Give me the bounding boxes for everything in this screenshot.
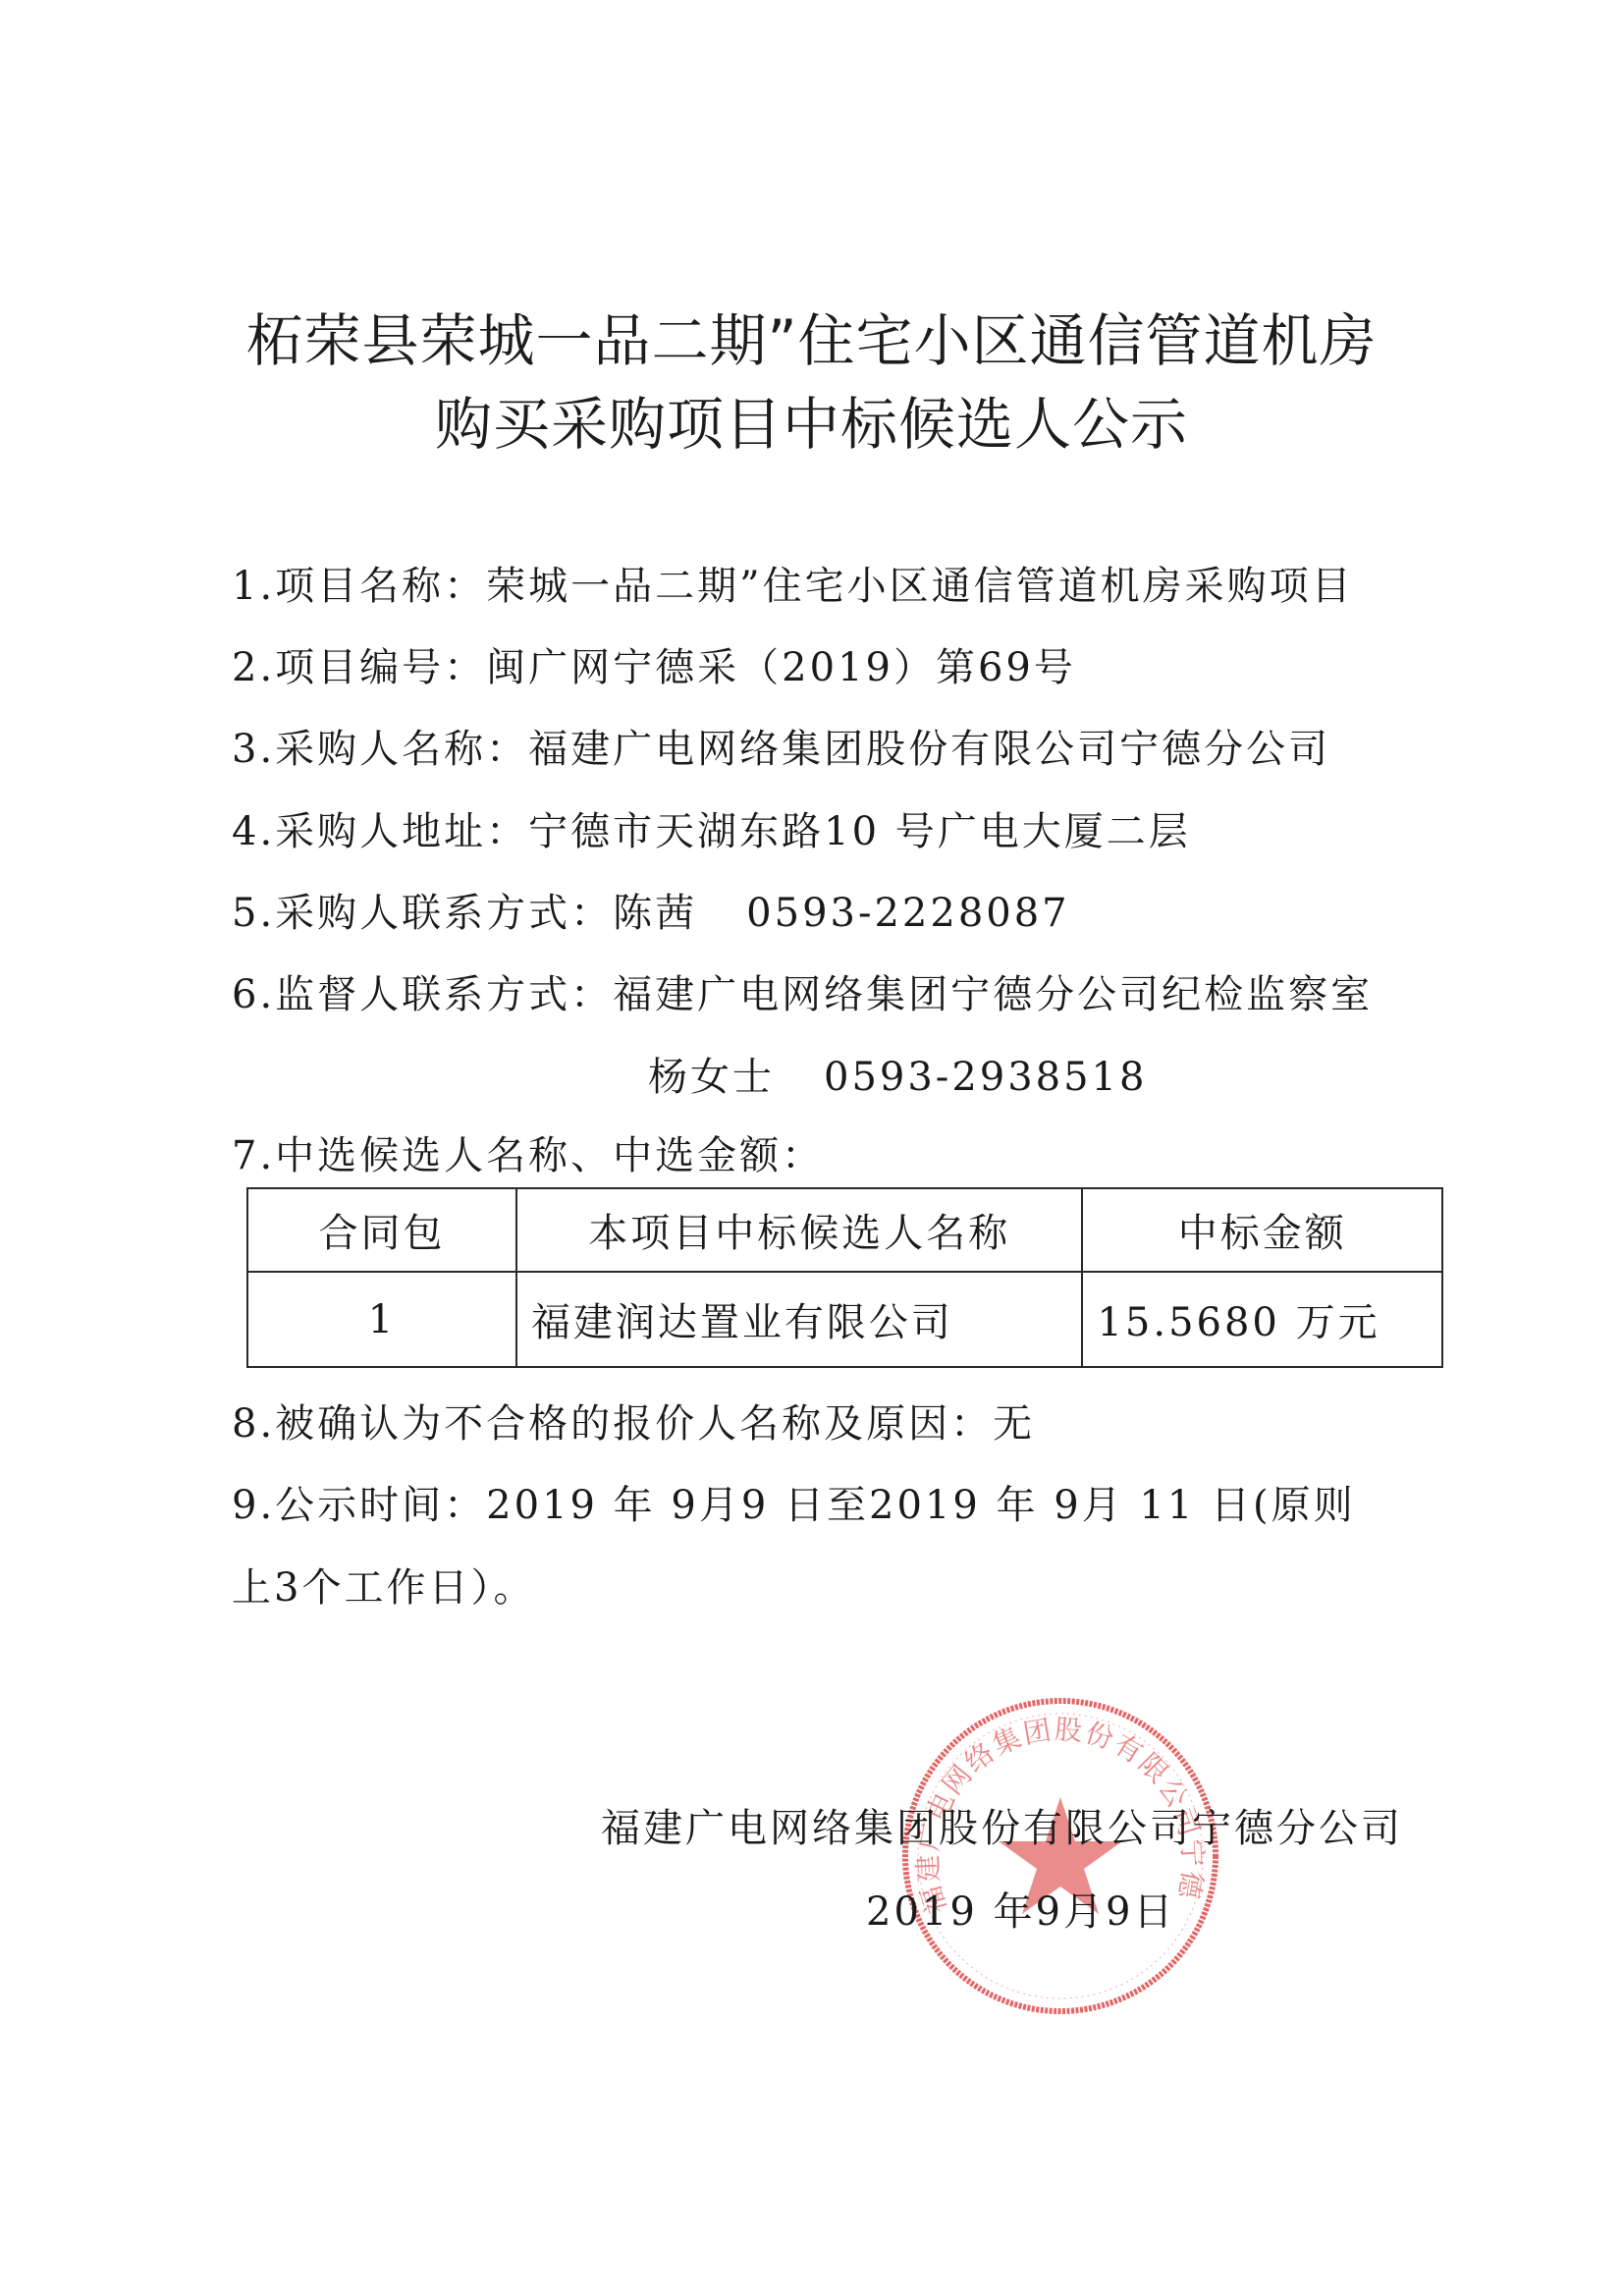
item-value: 福建广电网络集团股份有限公司宁德分公司 [528, 727, 1330, 772]
item-label: 6.监督人联系方式： [232, 972, 613, 1017]
contact-phone: 0593-2938518 [824, 1055, 1147, 1100]
item-supervisor-person: 杨女士0593-2938518 [648, 1053, 1147, 1102]
official-seal-icon: 福建广电网络集团股份有限公司宁德分公司 [898, 1694, 1222, 2018]
item-publicity-period-cont: 上3个工作日）。 [232, 1563, 535, 1613]
item-value: 2019 年 9月9 日至2019 年 9月 11 日(原则 [486, 1483, 1355, 1528]
item-label: 7.中选候选人名称、中选金额： [232, 1133, 824, 1178]
item-label: 5.采购人联系方式： [232, 891, 613, 936]
item-value: 无 [993, 1401, 1035, 1447]
header-amount: 中标金额 [1082, 1188, 1442, 1272]
item-candidate-heading: 7.中选候选人名称、中选金额： [232, 1131, 824, 1180]
signature-date: 2019 年9月9日 [866, 1881, 1175, 1937]
item-value: 宁德市天湖东路10 号广电大厦二层 [528, 809, 1191, 854]
item-label: 1.项目名称： [232, 564, 486, 609]
item-value: 荣城一品二期”住宅小区通信管道机房采购项目 [486, 564, 1353, 609]
candidate-table: 合同包 本项目中标候选人名称 中标金额 1 福建润达置业有限公司 15.5680… [246, 1187, 1443, 1368]
contact-name: 杨女士 [648, 1055, 775, 1100]
item-label: 9.公示时间： [232, 1483, 486, 1528]
header-candidate-name: 本项目中标候选人名称 [516, 1188, 1083, 1272]
cell-amount: 15.5680 万元 [1082, 1272, 1442, 1367]
document-title-line-2: 购买采购项目中标候选人公示 [0, 378, 1623, 461]
item-purchaser-address: 4.采购人地址：宁德市天湖东路10 号广电大厦二层 [232, 807, 1191, 856]
item-label: 3.采购人名称： [232, 727, 528, 772]
table-header-row: 合同包 本项目中标候选人名称 中标金额 [247, 1188, 1442, 1272]
cell-candidate-name: 福建润达置业有限公司 [516, 1272, 1083, 1367]
item-label: 2.项目编号： [232, 645, 486, 690]
cell-package: 1 [247, 1272, 516, 1367]
table-row: 1 福建润达置业有限公司 15.5680 万元 [247, 1272, 1442, 1367]
item-label: 8.被确认为不合格的报价人名称及原因： [232, 1401, 993, 1447]
item-project-number: 2.项目编号：闽广网宁德采（2019）第69号 [232, 643, 1076, 692]
item-disqualified: 8.被确认为不合格的报价人名称及原因：无 [232, 1399, 1035, 1449]
contact-name: 陈茜 [613, 891, 697, 936]
item-publicity-period: 9.公示时间：2019 年 9月9 日至2019 年 9月 11 日(原则 [232, 1481, 1356, 1530]
item-value: 福建广电网络集团宁德分公司纪检监察室 [613, 972, 1373, 1017]
contact-phone: 0593-2228087 [746, 891, 1069, 936]
document-title-line-1: 柘荣县荣城一品二期”住宅小区通信管道机房 [0, 295, 1623, 377]
item-project-name: 1.项目名称：荣城一品二期”住宅小区通信管道机房采购项目 [232, 562, 1354, 611]
item-supervisor-contact: 6.监督人联系方式：福建广电网络集团宁德分公司纪检监察室 [232, 970, 1373, 1019]
item-value: 上3个工作日）。 [232, 1565, 535, 1611]
item-purchaser-name: 3.采购人名称：福建广电网络集团股份有限公司宁德分公司 [232, 725, 1330, 774]
signature-organization: 福建广电网络集团股份有限公司宁德分公司 [601, 1797, 1403, 1853]
item-label: 4.采购人地址： [232, 809, 528, 854]
item-value: 闽广网宁德采（2019）第69号 [486, 645, 1076, 690]
item-purchaser-contact: 5.采购人联系方式：陈茜0593-2228087 [232, 889, 1070, 938]
header-package: 合同包 [247, 1188, 516, 1272]
